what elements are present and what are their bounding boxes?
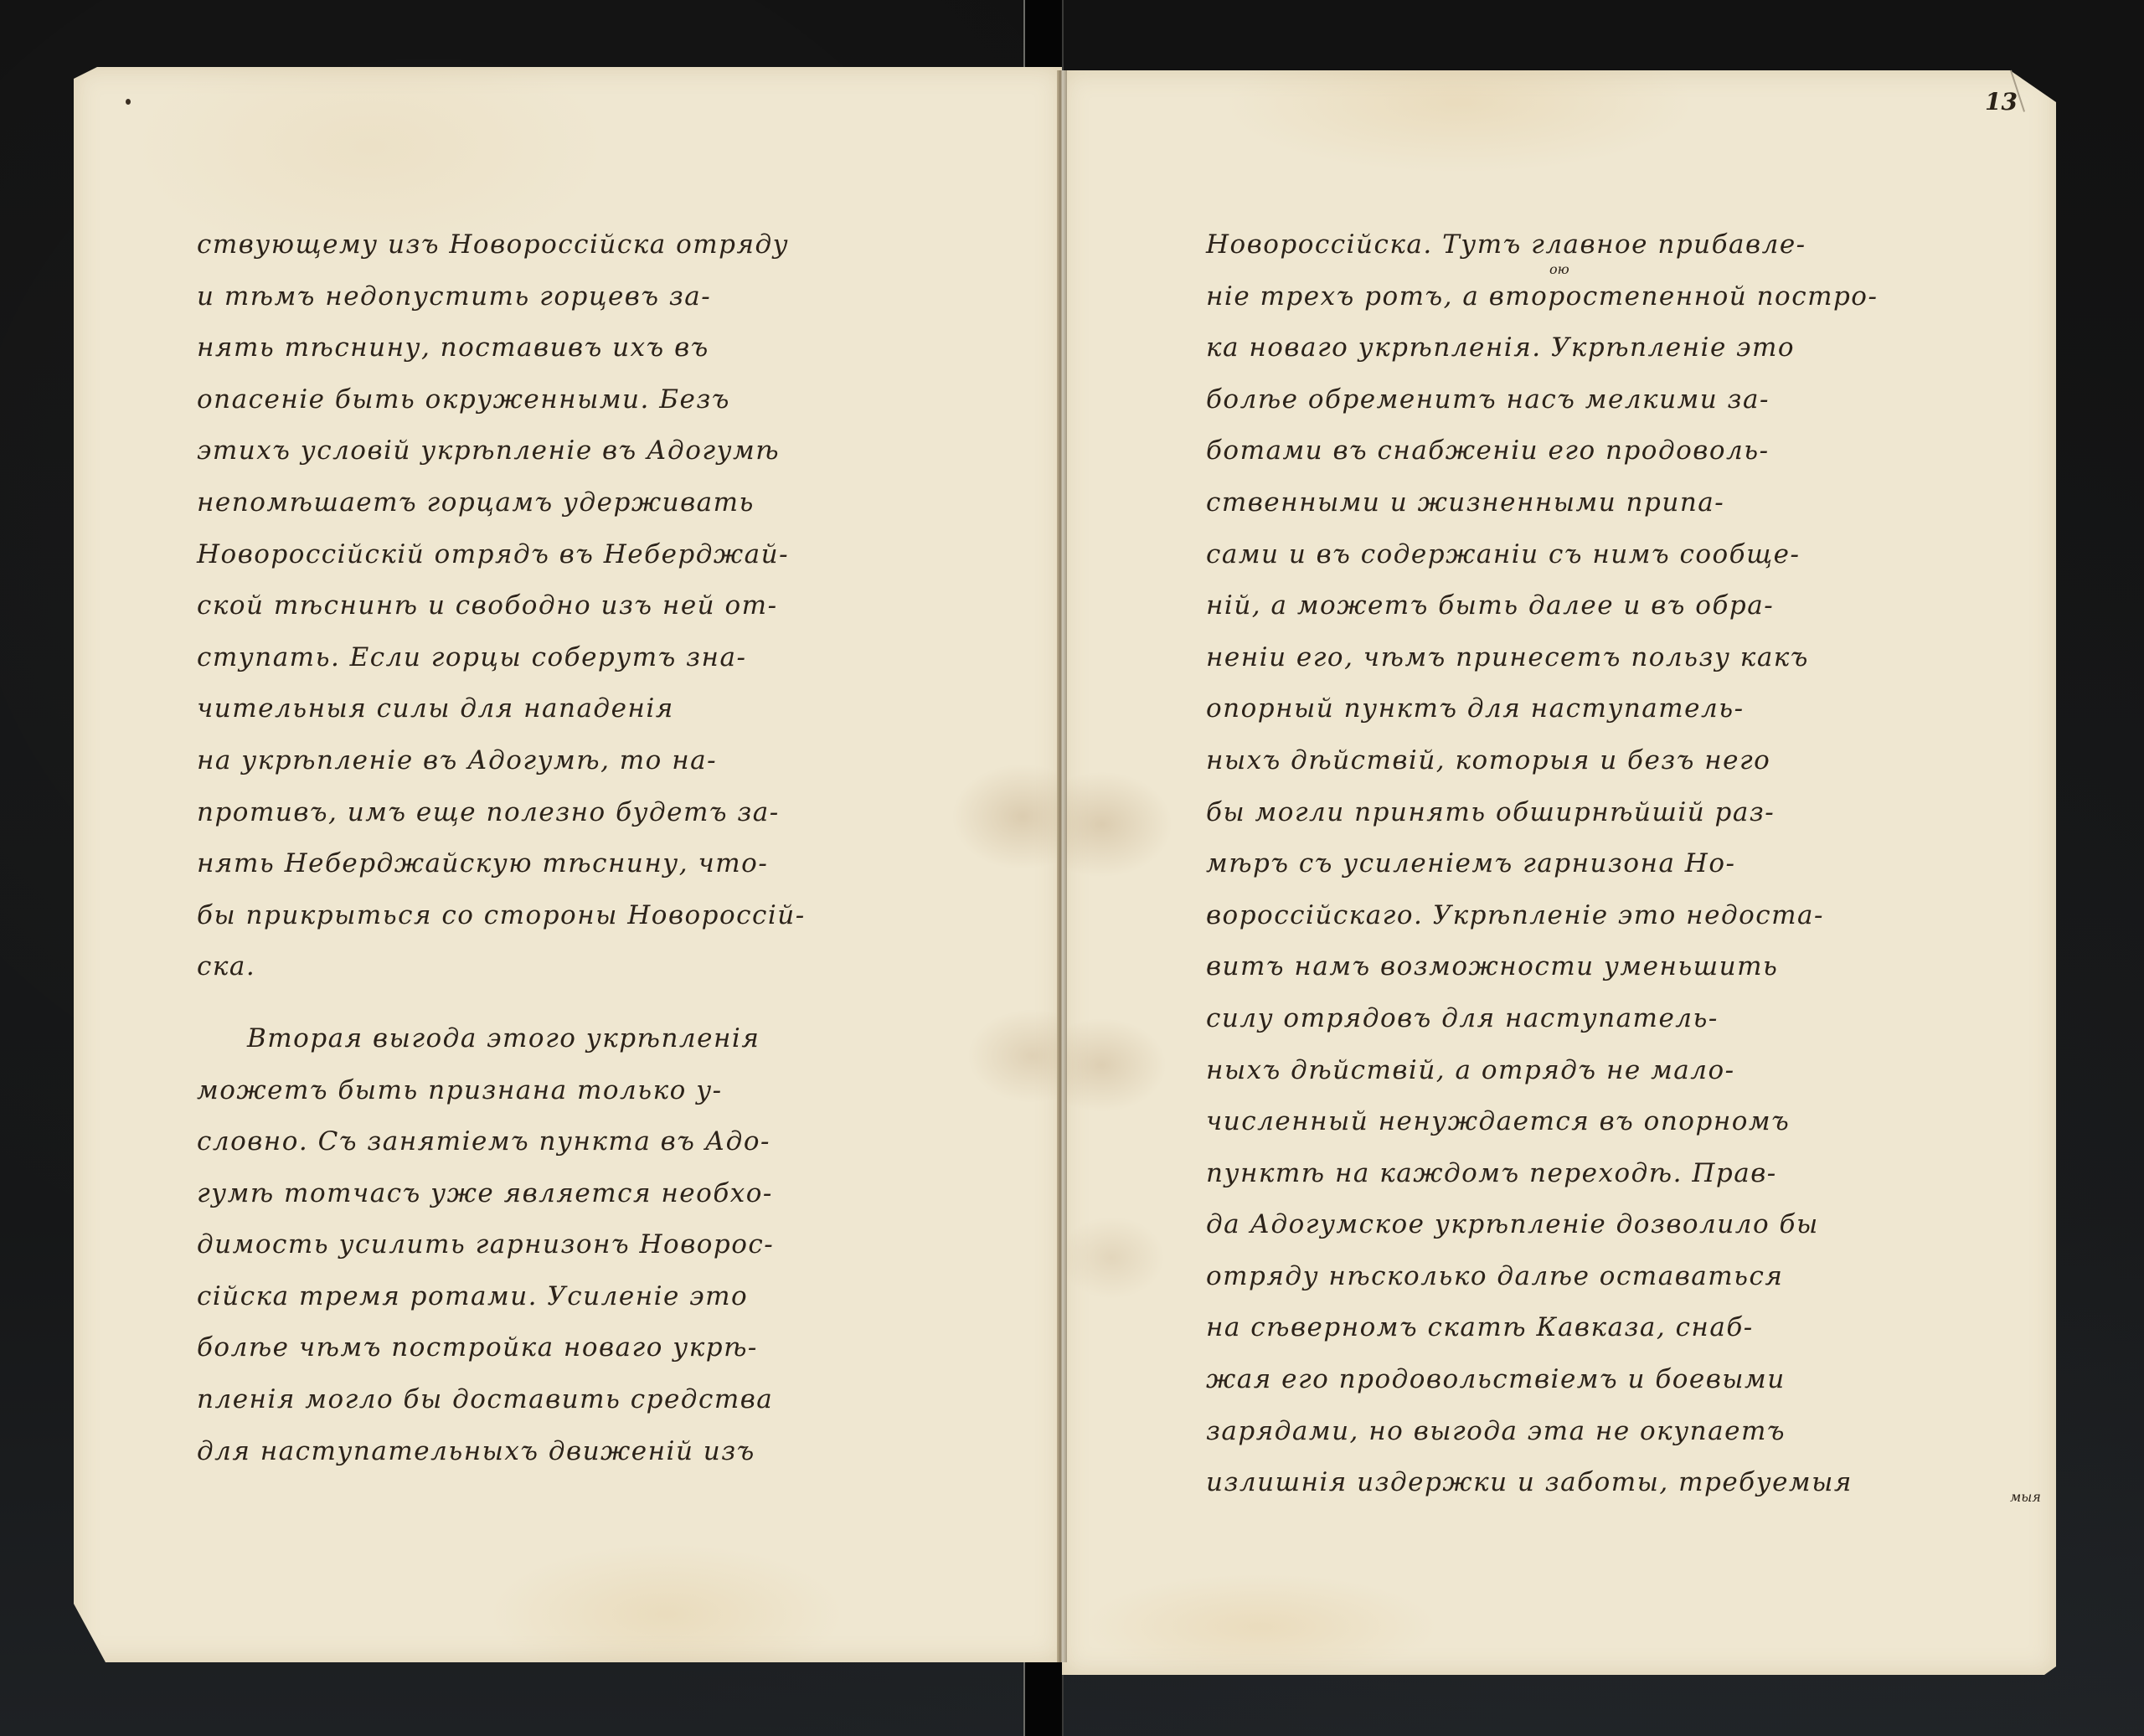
manuscript-line: нять Неберджайскую тѣснину, что- bbox=[197, 838, 1059, 890]
manuscript-line: отряду нѣсколько далѣе оставаться bbox=[1206, 1251, 2052, 1303]
manuscript-line: жая его продовольствіемъ и боевыми bbox=[1206, 1354, 2052, 1406]
binding-gap-top bbox=[1023, 0, 1064, 70]
paragraph-start-line: Вторая выгода этого укрѣпленія bbox=[197, 1013, 1059, 1065]
manuscript-line: ка новаго укрѣпленія. Укрѣпленіе это bbox=[1206, 322, 2052, 374]
manuscript-line: ской тѣснинѣ и свободно изъ ней от- bbox=[197, 580, 1059, 632]
manuscript-line: численный ненуждается въ опорномъ bbox=[1206, 1096, 2052, 1148]
manuscript-line: вороссійскаго. Укрѣпленіе это недоста- bbox=[1206, 890, 2052, 942]
manuscript-line: сійска тремя ротами. Усиленіе это bbox=[197, 1271, 1059, 1323]
manuscript-line: словно. Съ занятіемъ пункта въ Адо- bbox=[197, 1116, 1059, 1168]
left-page-text: ствующему изъ Новороссійска отряду и тѣм… bbox=[197, 219, 1059, 1477]
manuscript-line: Новороссійскій отрядъ въ Неберджай- bbox=[197, 529, 1059, 581]
manuscript-line: на укрѣпленіе въ Адогумѣ, то на- bbox=[197, 735, 1059, 787]
manuscript-line: ныхъ дѣйствій, а отрядъ не мало- bbox=[1206, 1045, 2052, 1097]
manuscript-line: противъ, имъ еще полезно будетъ за- bbox=[197, 787, 1059, 839]
manuscript-line: ботами въ снабженіи его продоволь- bbox=[1206, 425, 2052, 477]
manuscript-line: излишнія издержки и заботы, требуемыя bbox=[1206, 1457, 2052, 1509]
manuscript-line: да Адогумское укрѣпленіе дозволило бы bbox=[1206, 1199, 2052, 1251]
manuscript-line: ступать. Если горцы соберутъ зна- bbox=[197, 632, 1059, 684]
manuscript-line: ніе трехъ ротъ, а второстепенной постро- bbox=[1206, 271, 2052, 323]
manuscript-line: болѣе чѣмъ постройка новаго укрѣ- bbox=[197, 1322, 1059, 1374]
manuscript-line: можетъ быть признана только у- bbox=[197, 1065, 1059, 1117]
manuscript-line: чительныя силы для нападенія bbox=[197, 683, 1059, 735]
manuscript-line: пунктѣ на каждомъ переходѣ. Прав- bbox=[1206, 1148, 2052, 1200]
manuscript-line: непомѣшаетъ горцамъ удерживать bbox=[197, 477, 1059, 529]
manuscript-line: этихъ условій укрѣпленіе въ Адогумѣ bbox=[197, 425, 1059, 477]
manuscript-line: неніи его, чѣмъ принесетъ пользу какъ bbox=[1206, 632, 2052, 684]
manuscript-line: ственными и жизненными припа- bbox=[1206, 477, 2052, 529]
manuscript-line: димость усилить гарнизонъ Новорос- bbox=[197, 1219, 1059, 1271]
manuscript-line: ныхъ дѣйствій, которыя и безъ него bbox=[1206, 735, 2052, 787]
manuscript-line: зарядами, но выгода эта не окупаетъ bbox=[1206, 1406, 2052, 1458]
manuscript-line: бы могли принять обширнѣйшій раз- bbox=[1206, 787, 2052, 839]
manuscript-line: сами и въ содержаніи съ нимъ сообще- bbox=[1206, 529, 2052, 581]
ink-blot bbox=[126, 99, 131, 105]
manuscript-line: пленія могло бы доставить средства bbox=[197, 1374, 1059, 1426]
page-number: 13 bbox=[1985, 88, 2018, 116]
manuscript-line: ній, а можетъ быть далее и въ обра- bbox=[1206, 580, 2052, 632]
manuscript-line: бы прикрыться со стороны Новороссій- bbox=[197, 890, 1059, 942]
manuscript-line: гумѣ тотчасъ уже является необхо- bbox=[197, 1168, 1059, 1220]
right-page-text: Новороссійска. Тутъ главное прибавле- ні… bbox=[1206, 219, 2052, 1509]
manuscript-line: витъ намъ возможности уменьшить bbox=[1206, 941, 2052, 993]
manuscript-line: силу отрядовъ для наступатель- bbox=[1206, 993, 2052, 1045]
manuscript-line: для наступательныхъ движеній изъ bbox=[197, 1426, 1059, 1478]
manuscript-line: нять тѣснину, поставивъ ихъ въ bbox=[197, 322, 1059, 374]
manuscript-line: опорный пунктъ для наступатель- bbox=[1206, 683, 2052, 735]
manuscript-line: болѣе обременитъ насъ мелкими за- bbox=[1206, 374, 2052, 426]
binding-gap-bottom bbox=[1023, 1662, 1064, 1736]
manuscript-line: Новороссійска. Тутъ главное прибавле- bbox=[1206, 219, 2052, 271]
interlinear-insertion: мыя bbox=[2010, 1489, 2041, 1505]
manuscript-line: ска. bbox=[197, 941, 1059, 993]
manuscript-line: на сѣверномъ скатѣ Кавказа, снаб- bbox=[1206, 1302, 2052, 1354]
manuscript-line: мѣръ съ усиленіемъ гарнизона Но- bbox=[1206, 838, 2052, 890]
interlinear-insertion: ою bbox=[1549, 261, 1569, 277]
manuscript-line: и тѣмъ недопустить горцевъ за- bbox=[197, 271, 1059, 323]
manuscript-line: ствующему изъ Новороссійска отряду bbox=[197, 219, 1059, 271]
manuscript-line: опасеніе быть окруженными. Безъ bbox=[197, 374, 1059, 426]
